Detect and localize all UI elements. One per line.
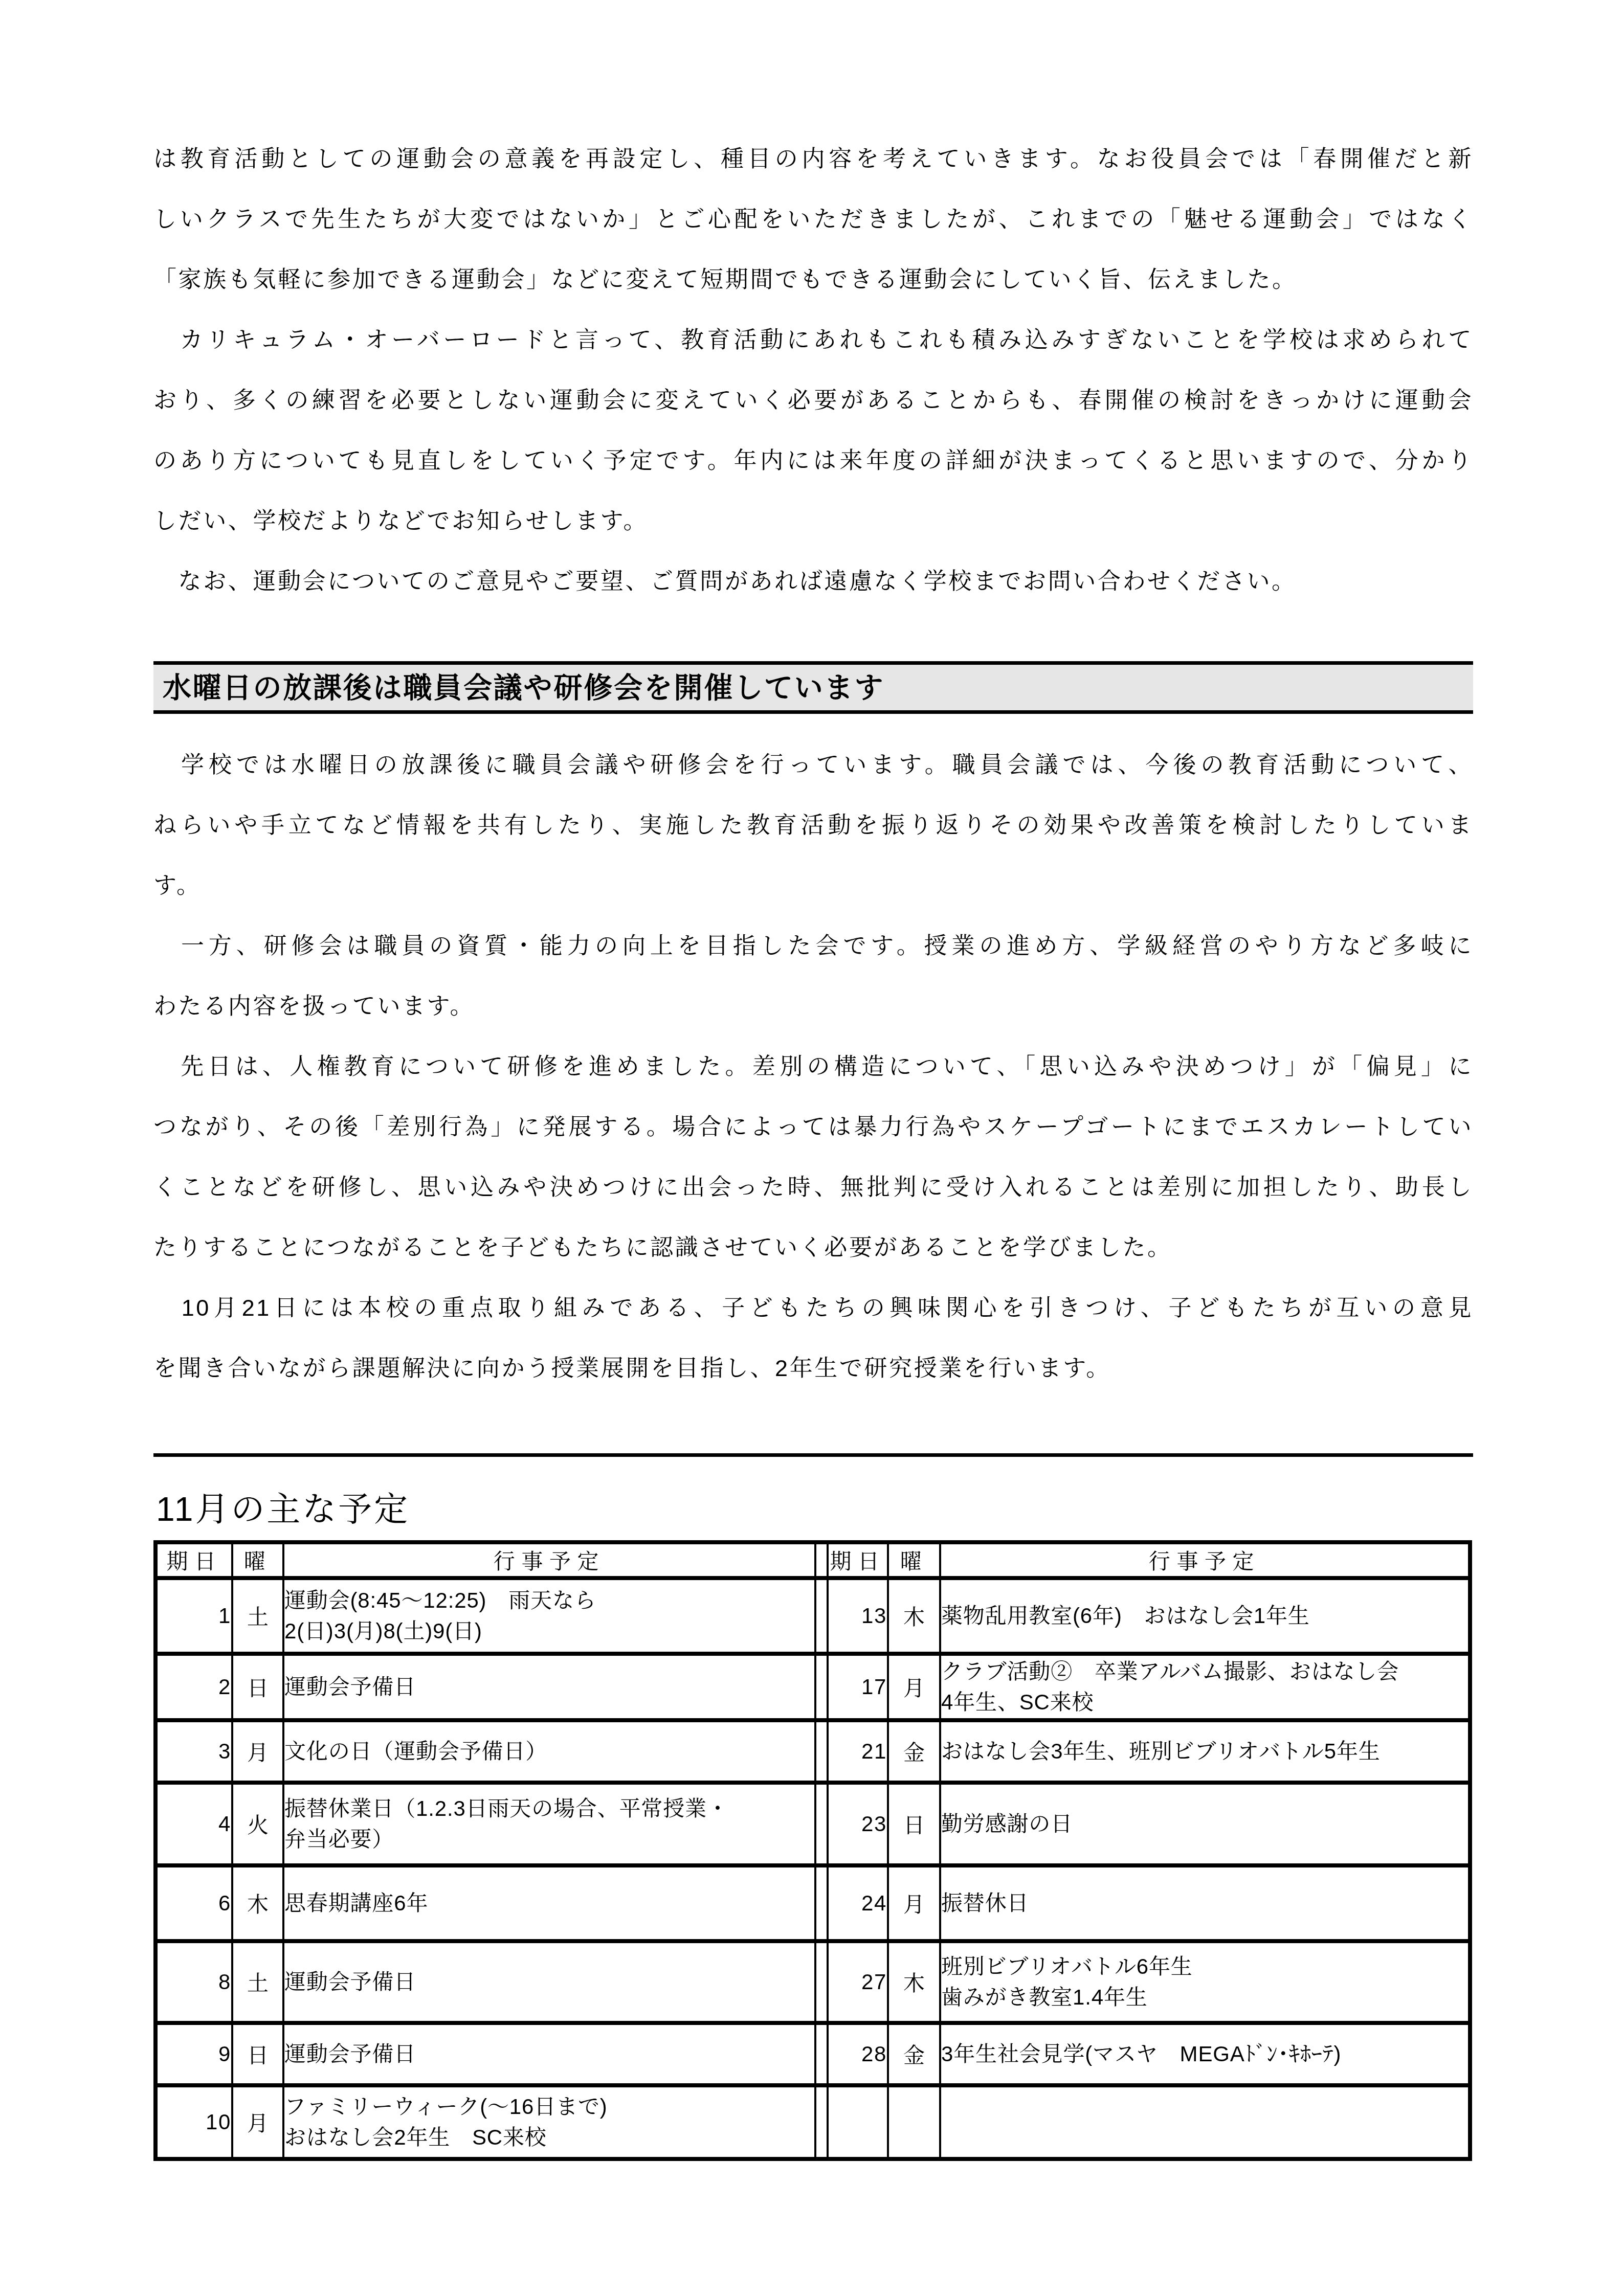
cell-day: 金 [888,2023,940,2085]
cell-event: 薬物乱用教室(6年) おはなし会1年生 [940,1578,1470,1654]
cell-date: 9 [155,2023,232,2085]
cell-day: 土 [232,1578,283,1654]
body-line: 先日は、人権教育について研修を進めました。差別の構造について、「思い込みや決めつ… [153,1037,1473,1097]
cell-date: 8 [155,1941,232,2023]
cell-day [888,2085,940,2159]
body-line: しいクラスで先生たちが大変ではないか」とご心配をいただきましたが、これまでの「魅… [153,189,1473,250]
col-header-day-left: 曜 [232,1542,283,1578]
cell-event: 思春期講座6年 [283,1865,815,1941]
table-row: 4 火 振替休業日（1.2.3日雨天の場合、平常授業・ 弁当必要） 23 日 勤… [155,1783,1470,1865]
body-line: つながり、その後「差別行為」に発展する。場合によっては暴力行為やスケープゴートに… [153,1097,1473,1157]
cell-event: 運動会予備日 [283,1654,815,1720]
body-line: のあり方についても見直しをしていく予定です。年内には来年度の詳細が決まってくると… [153,431,1473,491]
table-row: 9 日 運動会予備日 28 金 3年生社会見学(マスヤ MEGAﾄﾞﾝ･ｷﾎｰﾃ… [155,2023,1470,2085]
cell-event: 3年生社会見学(マスヤ MEGAﾄﾞﾝ･ｷﾎｰﾃ) [940,2023,1470,2085]
cell-day: 月 [232,1720,283,1783]
cell-day: 火 [232,1783,283,1865]
cell-event: 運動会(8:45～12:25) 雨天なら 2(日)3(月)8(土)9(日) [283,1578,815,1654]
body-line: おり、多くの練習を必要としない運動会に変えていく必要があることからも、春開催の検… [153,370,1473,431]
cell-event: 文化の日（運動会予備日） [283,1720,815,1783]
cell-day: 木 [232,1865,283,1941]
cell-date [828,2085,888,2159]
cell-date: 28 [828,2023,888,2085]
table-center-divider [815,1542,828,1578]
body-line: 「家族も気軽に参加できる運動会」などに変えて短期間でもできる運動会にしていく旨、… [153,250,1473,310]
cell-date: 3 [155,1720,232,1783]
table-center-divider [815,1578,828,1654]
cell-day: 木 [888,1941,940,2023]
cell-event: おはなし会3年生、班別ビブリオバトル5年生 [940,1720,1470,1783]
cell-day: 月 [888,1654,940,1720]
table-row: 2 日 運動会予備日 17 月 クラブ活動② 卒業アルバム撮影、おはなし会 4年… [155,1654,1470,1720]
cell-event [940,2085,1470,2159]
cell-day: 木 [888,1578,940,1654]
divider-line [153,1453,1473,1457]
cell-date: 17 [828,1654,888,1720]
table-row: 1 土 運動会(8:45～12:25) 雨天なら 2(日)3(月)8(土)9(日… [155,1578,1470,1654]
body-line: たりすることにつながることを子どもたちに認識させていく必要があることを学びました… [153,1218,1473,1278]
schedule-table: 期日 曜 行事予定 期日 曜 行事予定 1 土 運動会(8:45～12:25) … [153,1540,1472,2161]
section2-paragraphs: 学校では水曜日の放課後に職員会議や研修会を行っています。職員会議では、今後の教育… [153,735,1473,1399]
table-header-row: 期日 曜 行事予定 期日 曜 行事予定 [155,1542,1470,1578]
cell-event: 班別ビブリオバトル6年生 歯みがき教室1.4年生 [940,1941,1470,2023]
col-header-date-left: 期日 [155,1542,232,1578]
cell-event: 運動会予備日 [283,1941,815,2023]
cell-date: 1 [155,1578,232,1654]
table-row: 10 月 ファミリーウィーク(～16日まで) おはなし会2年生 SC来校 [155,2085,1470,2159]
body-line: くことなどを研修し、思い込みや決めつけに出会った時、無批判に受け入れることは差別… [153,1157,1473,1218]
body-line: わたる内容を扱っています。 [153,976,1473,1037]
body-line: 一方、研修会は職員の資質・能力の向上を目指した会です。授業の進め方、学級経営のや… [153,916,1473,976]
cell-event: 振替休業日（1.2.3日雨天の場合、平常授業・ 弁当必要） [283,1783,815,1865]
body-line: す。 [153,856,1473,916]
cell-event: 振替休日 [940,1865,1470,1941]
cell-day: 月 [888,1865,940,1941]
cell-date: 21 [828,1720,888,1783]
cell-day: 日 [232,1654,283,1720]
cell-event: 勤労感謝の日 [940,1783,1470,1865]
cell-date: 24 [828,1865,888,1941]
table-center-divider [815,2085,828,2159]
body-line: 学校では水曜日の放課後に職員会議や研修会を行っています。職員会議では、今後の教育… [153,735,1473,795]
schedule-heading: 11月の主な予定 [156,1481,410,1537]
cell-date: 4 [155,1783,232,1865]
section-heading-bar: 水曜日の放課後は職員会議や研修会を開催しています [153,661,1473,714]
table-center-divider [815,1941,828,2023]
table-center-divider [815,1865,828,1941]
cell-date: 23 [828,1783,888,1865]
body-line: ねらいや手立てなど情報を共有したり、実施した教育活動を振り返りその効果や改善策を… [153,795,1473,856]
body-line: カリキュラム・オーバーロードと言って、教育活動にあれもこれも積み込みすぎないこと… [153,310,1473,370]
body-line: を聞き合いながら課題解決に向かう授業展開を目指し、2年生で研究授業を行います。 [153,1338,1473,1399]
table-center-divider [815,1783,828,1865]
body-line: しだい、学校だよりなどでお知らせします。 [153,491,1473,551]
table-center-divider [815,2023,828,2085]
cell-date: 13 [828,1578,888,1654]
cell-date: 27 [828,1941,888,2023]
table-center-divider [815,1654,828,1720]
cell-day: 金 [888,1720,940,1783]
cell-event: 運動会予備日 [283,2023,815,2085]
table-row: 6 木 思春期講座6年 24 月 振替休日 [155,1865,1470,1941]
intro-paragraphs: は教育活動としての運動会の意義を再設定し、種目の内容を考えていきます。なお役員会… [153,129,1473,612]
cell-date: 10 [155,2085,232,2159]
cell-event: ファミリーウィーク(～16日まで) おはなし会2年生 SC来校 [283,2085,815,2159]
section-heading-text: 水曜日の放課後は職員会議や研修会を開催しています [153,665,1473,710]
cell-day: 土 [232,1941,283,2023]
col-header-day-right: 曜 [888,1542,940,1578]
cell-day: 日 [888,1783,940,1865]
table-center-divider [815,1720,828,1783]
newsletter-page: は教育活動としての運動会の意義を再設定し、種目の内容を考えていきます。なお役員会… [0,0,1624,2296]
body-line: は教育活動としての運動会の意義を再設定し、種目の内容を考えていきます。なお役員会… [153,129,1473,189]
body-line: 10月21日には本校の重点取り組みである、子どもたちの興味関心を引きつけ、子ども… [153,1278,1473,1338]
cell-date: 2 [155,1654,232,1720]
col-header-events-left: 行事予定 [283,1542,815,1578]
table-row: 8 土 運動会予備日 27 木 班別ビブリオバトル6年生 歯みがき教室1.4年生 [155,1941,1470,2023]
col-header-events-right: 行事予定 [940,1542,1470,1578]
col-header-date-right: 期日 [828,1542,888,1578]
cell-day: 月 [232,2085,283,2159]
body-line: なお、運動会についてのご意見やご要望、ご質問があれば遠慮なく学校までお問い合わせ… [153,551,1473,612]
cell-event: クラブ活動② 卒業アルバム撮影、おはなし会 4年生、SC来校 [940,1654,1470,1720]
cell-day: 日 [232,2023,283,2085]
table-row: 3 月 文化の日（運動会予備日） 21 金 おはなし会3年生、班別ビブリオバトル… [155,1720,1470,1783]
cell-date: 6 [155,1865,232,1941]
